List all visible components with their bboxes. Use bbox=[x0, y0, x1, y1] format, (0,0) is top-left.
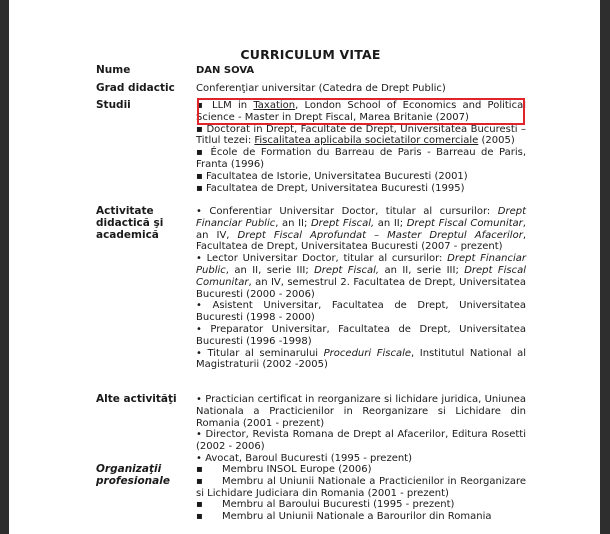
organizatii-list: ▪Membru INSOL Europe (2006)▪Membru al Un… bbox=[196, 464, 526, 523]
activitate-item: • Asistent Universitar, Facultatea de Dr… bbox=[196, 300, 526, 324]
underlined-text: Fiscalitatea aplicabila societatilor com… bbox=[254, 135, 478, 146]
bullet-icon: ▪ bbox=[196, 171, 203, 182]
underlined-text: Taxation bbox=[253, 100, 295, 111]
label-activitate: Activitate didactică şi academică bbox=[96, 206, 196, 241]
alte-activitati-item: • Director, Revista Romana de Drept al A… bbox=[196, 429, 526, 453]
document-title: CURRICULUM VITAE bbox=[9, 47, 600, 62]
bullet-icon: • bbox=[196, 300, 202, 311]
document-page: CURRICULUM VITAE Nume DAN SOVA Grad dida… bbox=[9, 0, 600, 534]
bullet-icon: ▪ bbox=[196, 464, 222, 476]
bullet-icon: • bbox=[196, 348, 202, 359]
label-alte-activitati: Alte activităţi bbox=[96, 394, 196, 406]
bullet-icon: ▪ bbox=[196, 476, 222, 488]
label-organizatii: Organizaţii profesionale bbox=[96, 464, 196, 488]
bullet-icon: • bbox=[196, 253, 202, 264]
course-name: Drept Fiscal, bbox=[311, 218, 374, 229]
bullet-icon: ▪ bbox=[196, 100, 206, 111]
label-studii: Studii bbox=[96, 100, 196, 112]
activitate-item: • Titular al seminarului Proceduri Fisca… bbox=[196, 348, 526, 372]
alte-activitati-list: • Practician certificat in reorganizare … bbox=[196, 394, 526, 465]
bullet-icon: • bbox=[196, 206, 202, 217]
studii-item: ▪ Facultatea de Istorie, Universitatea B… bbox=[196, 171, 526, 183]
course-name: Proceduri Fiscale bbox=[324, 348, 411, 359]
bullet-icon: • bbox=[196, 324, 202, 335]
alte-activitati-item: • Avocat, Baroul Bucuresti (1995 - preze… bbox=[196, 453, 526, 465]
studii-item: ▪ Doctorat in Drept, Facultate de Drept,… bbox=[196, 124, 526, 148]
studii-list: ▪ LLM in Taxation, London School of Econ… bbox=[196, 100, 526, 194]
organizatii-item: ▪Membru INSOL Europe (2006) bbox=[196, 464, 526, 476]
activitate-item: • Preparator Universitar, Facultatea de … bbox=[196, 324, 526, 348]
label-nume: Nume bbox=[96, 65, 196, 77]
bullet-icon: ▪ bbox=[196, 183, 203, 194]
organizatii-item: ▪Membru al Uniunii Nationale a Barourilo… bbox=[196, 511, 526, 523]
bullet-icon: ▪ bbox=[196, 124, 203, 135]
course-name: Drept Fiscal, bbox=[314, 265, 379, 276]
bullet-icon: ▪ bbox=[196, 147, 205, 158]
alte-activitati-item: • Practician certificat in reorganizare … bbox=[196, 394, 526, 429]
activitate-item: • Conferentiar Universitar Doctor, titul… bbox=[196, 206, 526, 253]
organizatii-item: ▪Membru al Uniunii Nationale a Practicie… bbox=[196, 476, 526, 500]
organizatii-item: ▪Membru al Baroului Bucuresti (1995 - pr… bbox=[196, 499, 526, 511]
bullet-icon: ▪ bbox=[196, 511, 222, 523]
studii-item: ▪ LLM in Taxation, London School of Econ… bbox=[196, 100, 526, 124]
value-nume: DAN SOVA bbox=[196, 65, 526, 77]
course-name: Drept Fiscal Comunitar bbox=[407, 218, 523, 229]
bullet-icon: ▪ bbox=[196, 499, 222, 511]
activitate-list: • Conferentiar Universitar Doctor, titul… bbox=[196, 206, 526, 371]
course-name: Drept Fiscal Aprofundat – Master Dreptul… bbox=[238, 230, 523, 241]
activitate-item: • Lector Universitar Doctor, titular al … bbox=[196, 253, 526, 300]
label-grad-didactic: Grad didactic bbox=[96, 83, 196, 95]
studii-item: ▪ Facultatea de Drept, Universitatea Buc… bbox=[196, 183, 526, 195]
value-grad-didactic: Conferenţiar universitar (Catedra de Dre… bbox=[196, 83, 526, 95]
studii-item: ▪ École de Formation du Barreau de Paris… bbox=[196, 147, 526, 171]
